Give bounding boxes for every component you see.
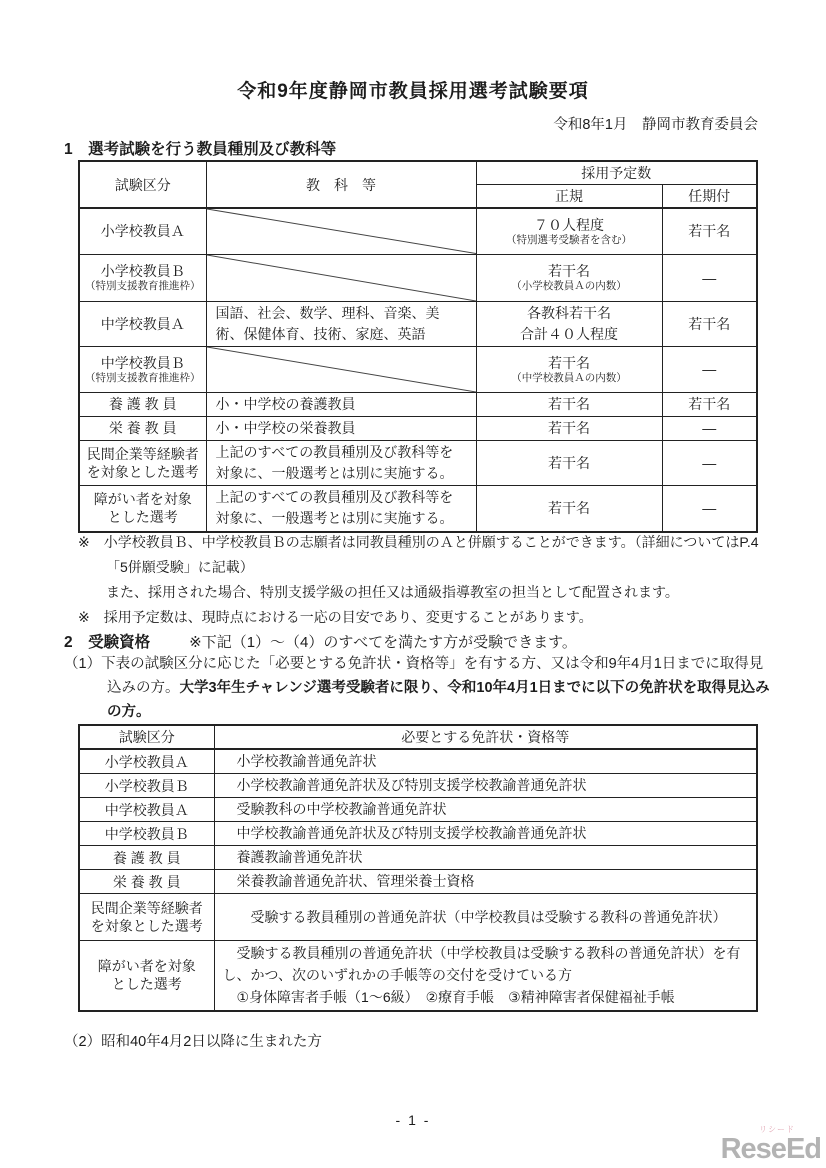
cell-subjects: 小・中学校の栄養教員 <box>206 416 476 440</box>
cell-license: 栄養教諭普通免許状、管理栄養士資格 <box>214 870 757 894</box>
cell-category: 民間企業等経験者 を対象とした選考 <box>79 440 206 485</box>
requirement-item-1: （1）下表の試験区分に応じた「必要とする免許状・資格等」を有する方、又は令和9年… <box>64 652 772 724</box>
cell-fixed-term-count: ― <box>662 485 757 532</box>
section1-notes: ※ 小学校教員Ｂ、中学校教員Ｂの志願者は同教員種別のＡと併願することができます。… <box>78 530 772 630</box>
cell-category: 小学校教員Ｂ （特別支援教育推進枠） <box>79 254 206 301</box>
cell-category: 障がい者を対象 とした選考 <box>79 941 214 1011</box>
table-row: 小学校教員Ｂ 小学校教諭普通免許状及び特別支援学校教諭普通免許状 <box>79 774 757 798</box>
diagonal-slash-icon <box>207 255 476 301</box>
cell-fixed-term-count: 若干名 <box>662 392 757 416</box>
section2-heading: 2 受験資格※下記（1）～（4）のすべてを満たす方が受験できます。 <box>64 630 577 652</box>
cell-category: 小学校教員Ａ <box>79 208 206 254</box>
reseed-logo-text: ReseEd <box>721 1133 821 1165</box>
diagonal-slash-icon <box>207 209 476 254</box>
cell-fixed-term-count: 若干名 <box>662 301 757 346</box>
cell-category: 栄 養 教 員 <box>79 416 206 440</box>
page-number: - 1 - <box>0 1112 826 1128</box>
cell-fixed-term-count: 若干名 <box>662 208 757 254</box>
cell-license: 受験教科の中学校教諭普通免許状 <box>214 798 757 822</box>
cell-regular-count: 若干名 <box>476 392 662 416</box>
cell-regular-count: 若干名 <box>476 416 662 440</box>
cell-subjects-empty <box>206 208 476 254</box>
header-cell-planned-hires: 採用予定数 <box>476 161 757 185</box>
cell-fixed-term-count: ― <box>662 346 757 392</box>
cell-fixed-term-count: ― <box>662 440 757 485</box>
cell-regular-count: 若干名 <box>476 440 662 485</box>
section2-heading-label: 2 受験資格 <box>64 634 150 651</box>
table-row: 中学校教員Ａ 受験教科の中学校教諭普通免許状 <box>79 798 757 822</box>
table-row: 養 護 教 員 小・中学校の養護教員 若干名 若干名 <box>79 392 757 416</box>
table-header-row: 試験区分 必要とする免許状・資格等 <box>79 725 757 749</box>
table-row: 民間企業等経験者 を対象とした選考 上記のすべての教員種別及び教科等を対象に、一… <box>79 440 757 485</box>
cell-license: 受験する教員種別の普通免許状（中学校教員は受験する教科の普通免許状） <box>214 894 757 941</box>
document-page: { "doc": { "title": "令和9年度静岡市教員採用選考試験要項"… <box>0 0 826 1168</box>
table-row: 小学校教員Ａ ７０人程度 （特別選考受験者を含む） 若干名 <box>79 208 757 254</box>
cell-category: 小学校教員Ａ <box>79 749 214 774</box>
cell-category: 中学校教員Ａ <box>79 301 206 346</box>
cell-license: 小学校教諭普通免許状 <box>214 749 757 774</box>
header-cell-category: 試験区分 <box>79 725 214 749</box>
cell-regular-count: ７０人程度 （特別選考受験者を含む） <box>476 208 662 254</box>
cell-category: 栄 養 教 員 <box>79 870 214 894</box>
table-row: 障がい者を対象 とした選考 受験する教員種別の普通免許状（中学校教員は受験する教… <box>79 941 757 1011</box>
cell-subjects: 国語、社会、数学、理科、音楽、美術、保健体育、技術、家庭、英語 <box>206 301 476 346</box>
cell-fixed-term-count: ― <box>662 254 757 301</box>
cell-category: 中学校教員Ｂ <box>79 822 214 846</box>
note-item: ※ 採用予定数は、現時点における一応の目安であり、変更することがあります。 <box>78 605 772 630</box>
header-cell-license: 必要とする免許状・資格等 <box>214 725 757 749</box>
header-cell-subjects: 教 科 等 <box>206 161 476 208</box>
cell-subjects-empty <box>206 346 476 392</box>
cell-category: 養 護 教 員 <box>79 392 206 416</box>
document-title: 令和9年度静岡市教員採用選考試験要項 <box>0 76 826 103</box>
cell-subjects: 小・中学校の養護教員 <box>206 392 476 416</box>
table-row: 栄 養 教 員 小・中学校の栄養教員 若干名 ― <box>79 416 757 440</box>
recruitment-plan-table: 試験区分 教 科 等 採用予定数 正規 任期付 小学校教員Ａ ７０人程度 （特別… <box>78 160 758 533</box>
table-row: 小学校教員Ａ 小学校教諭普通免許状 <box>79 749 757 774</box>
cell-license: 養護教諭普通免許状 <box>214 846 757 870</box>
cell-license: 中学校教諭普通免許状及び特別支援学校教諭普通免許状 <box>214 822 757 846</box>
table-row: 中学校教員Ａ 国語、社会、数学、理科、音楽、美術、保健体育、技術、家庭、英語 各… <box>79 301 757 346</box>
section2-heading-note: ※下記（1）～（4）のすべてを満たす方が受験できます。 <box>189 634 577 651</box>
diagonal-slash-icon <box>207 347 476 392</box>
cell-category: 障がい者を対象 とした選考 <box>79 485 206 532</box>
table-row: 養 護 教 員 養護教諭普通免許状 <box>79 846 757 870</box>
table-row: 栄 養 教 員 栄養教諭普通免許状、管理栄養士資格 <box>79 870 757 894</box>
cell-category: 民間企業等経験者 を対象とした選考 <box>79 894 214 941</box>
reseed-logo: リシード ReseEd <box>721 1126 821 1164</box>
section1-heading: 1 選考試験を行う教員種別及び教科等 <box>64 137 336 159</box>
header-cell-fixed-term: 任期付 <box>662 185 757 209</box>
requirement-item-2: （2）昭和40年4月2日以降に生まれた方 <box>64 1030 322 1051</box>
cell-category: 小学校教員Ｂ <box>79 774 214 798</box>
cell-subjects: 上記のすべての教員種別及び教科等を対象に、一般選考とは別に実施する。 <box>206 440 476 485</box>
header-cell-regular: 正規 <box>476 185 662 209</box>
item1-label: （1） <box>64 656 101 672</box>
table-row: 障がい者を対象 とした選考 上記のすべての教員種別及び教科等を対象に、一般選考と… <box>79 485 757 532</box>
cell-regular-count: 若干名 <box>476 485 662 532</box>
item1-bold-text: 大学3年生チャレンジ選考受験者に限り、令和10年4月1日までに以下の免許状を取得… <box>107 680 770 720</box>
cell-subjects: 上記のすべての教員種別及び教科等を対象に、一般選考とは別に実施する。 <box>206 485 476 532</box>
cell-regular-count: 各教科若干名 合計４０人程度 <box>476 301 662 346</box>
cell-regular-count: 若干名 （中学校教員Ａの内数） <box>476 346 662 392</box>
table-row: 小学校教員Ｂ （特別支援教育推進枠） 若干名 （小学校教員Ａの内数） ― <box>79 254 757 301</box>
header-cell-category: 試験区分 <box>79 161 206 208</box>
cell-fixed-term-count: ― <box>662 416 757 440</box>
cell-regular-count: 若干名 （小学校教員Ａの内数） <box>476 254 662 301</box>
table-row: 中学校教員Ｂ 中学校教諭普通免許状及び特別支援学校教諭普通免許状 <box>79 822 757 846</box>
cell-category: 中学校教員Ｂ （特別支援教育推進枠） <box>79 346 206 392</box>
note-item: ※ 小学校教員Ｂ、中学校教員Ｂの志願者は同教員種別のＡと併願することができます。… <box>78 530 772 605</box>
required-license-table: 試験区分 必要とする免許状・資格等 小学校教員Ａ 小学校教諭普通免許状 小学校教… <box>78 724 758 1012</box>
cell-license: 受験する教員種別の普通免許状（中学校教員は受験する教科の普通免許状）を有し、かつ… <box>214 941 757 1011</box>
cell-category: 中学校教員Ａ <box>79 798 214 822</box>
cell-license: 小学校教諭普通免許状及び特別支援学校教諭普通免許状 <box>214 774 757 798</box>
table-row: 民間企業等経験者 を対象とした選考 受験する教員種別の普通免許状（中学校教員は受… <box>79 894 757 941</box>
cell-category: 養 護 教 員 <box>79 846 214 870</box>
issue-date-and-issuer: 令和8年1月 静岡市教育委員会 <box>553 113 758 134</box>
cell-subjects-empty <box>206 254 476 301</box>
table-header-row: 試験区分 教 科 等 採用予定数 <box>79 161 757 185</box>
table-row: 中学校教員Ｂ （特別支援教育推進枠） 若干名 （中学校教員Ａの内数） ― <box>79 346 757 392</box>
